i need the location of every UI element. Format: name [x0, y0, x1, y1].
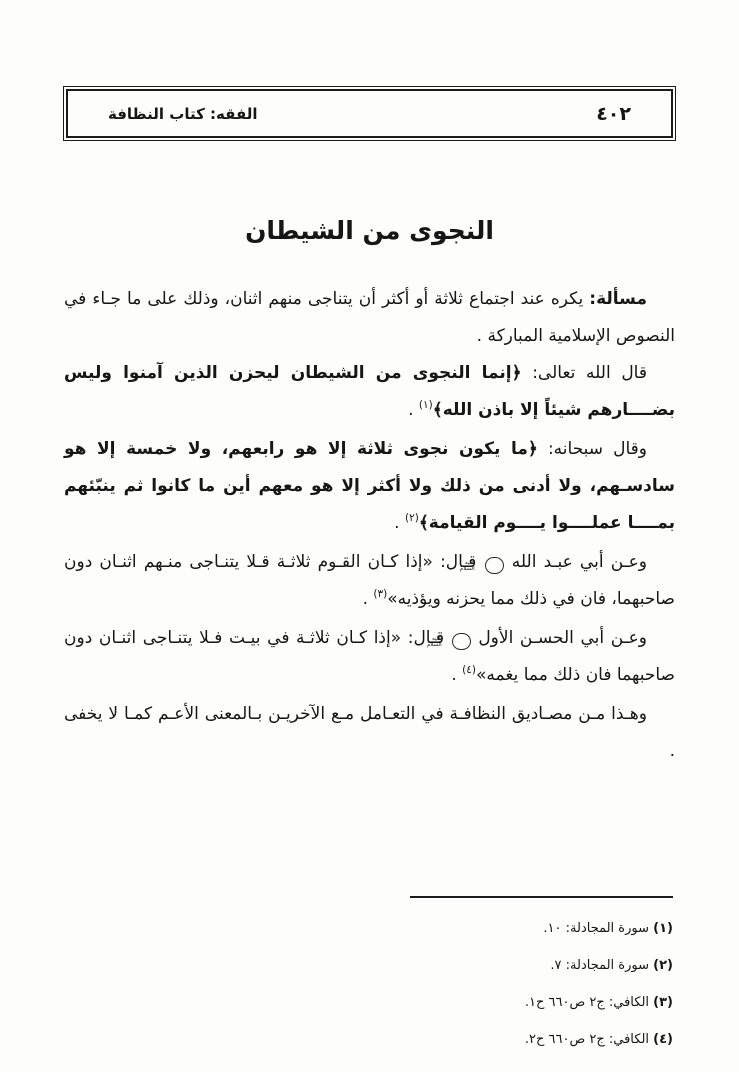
footnote-text: سورة المجادلة: ١٠.	[543, 921, 649, 936]
paragraph-text: وهـذا مـن مصـاديق النظافـة في التعـامل م…	[64, 704, 675, 761]
footnote-number: (٢)	[653, 958, 673, 973]
sentence-end: .	[363, 589, 374, 609]
footnote-separator-rule	[410, 896, 673, 898]
footnote-item-4: (٤) الكافي: ج٢ ص٦٦٠ ح٢.	[66, 1021, 673, 1058]
narration-intro: وعـن أبي عبـد الله	[505, 552, 647, 572]
paragraph-masala: مسألة: يكره عند اجتماع ثلاثة أو أكثر أن …	[64, 281, 675, 355]
footnote-ref-3: (٣)	[373, 588, 387, 600]
footnote-item-1: (١) سورة المجادلة: ١٠.	[66, 910, 673, 947]
paragraph-hadith-1: وعـن أبي عبـد الله عليهالسلام قـال: «إذا…	[64, 544, 675, 620]
paragraph-quran-2: وقال سبحانه: ﴿ما يكون نجوى ثلاثة إلا هو …	[64, 431, 675, 544]
footnote-number: (٣)	[653, 995, 673, 1010]
footnote-number: (٤)	[653, 1032, 673, 1047]
footnote-ref-4: (٤)	[462, 664, 476, 676]
quote-intro: وقال سبحانه:	[538, 439, 647, 459]
header-section-title: الفقه: كتاب النظافة	[108, 105, 258, 123]
paragraph-conclusion: وهـذا مـن مصـاديق النظافـة في التعـامل م…	[64, 696, 675, 770]
chapter-title: النجوى من الشيطان	[0, 216, 739, 245]
page-number: ٤٠٢	[596, 103, 631, 125]
footnote-text: الكافي: ج٢ ص٦٦٠ ح١.	[525, 995, 649, 1010]
page-header-inner: ٤٠٢ الفقه: كتاب النظافة	[66, 89, 673, 138]
footnote-ref-1: (١)	[419, 399, 433, 411]
quote-intro: قال الله تعالى:	[522, 363, 647, 383]
body-text: مسألة: يكره عند اجتماع ثلاثة أو أكثر أن …	[64, 281, 675, 770]
honorific-bottom-text: السلام	[486, 566, 503, 572]
sentence-end: .	[408, 400, 419, 420]
paragraph-text: يكره عند اجتماع ثلاثة أو أكثر أن يتناجى …	[64, 289, 675, 346]
honorific-bottom-text: السلام	[453, 642, 470, 648]
footnote-text: سورة المجادلة: ٧.	[550, 958, 649, 973]
paragraph-hadith-2: وعـن أبي الحسـن الأول عليهالسلام قـال: «…	[64, 620, 675, 696]
narration-intro: وعـن أبي الحسـن الأول	[472, 628, 647, 648]
footnotes-section: (١) سورة المجادلة: ١٠. (٢) سورة المجادلة…	[66, 896, 673, 1058]
alayhi-salam-honorific-icon: عليهالسلام	[452, 633, 471, 650]
alayhi-salam-honorific-icon: عليهالسلام	[485, 557, 504, 574]
page-header-box: ٤٠٢ الفقه: كتاب النظافة	[63, 86, 676, 141]
sentence-end: .	[451, 665, 462, 685]
footnote-number: (١)	[653, 921, 673, 936]
footnote-item-2: (٢) سورة المجادلة: ٧.	[66, 947, 673, 984]
book-page: ٤٠٢ الفقه: كتاب النظافة النجوى من الشيطا…	[0, 0, 739, 1072]
footnote-item-3: (٣) الكافي: ج٢ ص٦٦٠ ح١.	[66, 984, 673, 1021]
sentence-end: .	[394, 513, 405, 533]
paragraph-quran-1: قال الله تعالى: ﴿إنما النجوى من الشيطان …	[64, 355, 675, 431]
footnote-ref-2: (٢)	[405, 512, 419, 524]
masala-label: مسألة:	[589, 289, 647, 309]
footnote-text: الكافي: ج٢ ص٦٦٠ ح٢.	[525, 1032, 649, 1047]
